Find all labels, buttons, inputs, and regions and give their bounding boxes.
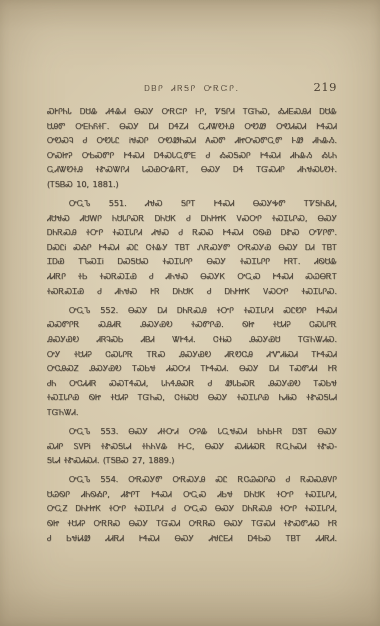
text-line: ᎯᏍᎩᏯᎧ ᏗᏒᎸᏍᏏ ᏗᏴᏗ ᏔᎨᏎᏗ. ᏣᏐᎥᏍ ᎯᏍᎩᏯᏌ ᎢᏳᏂᏔᏗᏍ.: [47, 332, 337, 347]
text-line: ᏩᏗᏔᏬᏐᎯ ᏐᏑᏍᏔᎵᏗ ᏓᏍᏯᏅᎲᏒᎢ, ᎾᏍᎩ ᎠᏎ ᎢᏳᏍᏗᎵ ᏗᏂᏠᏍ…: [47, 162, 337, 177]
book-page-scan: ᎠᏴᎵ ᏗᏒᎦᎵ ᎤᎡᏨᎵ. 219 ᏍᎨᎵᏂᏓ ᎠᏌᎲ ᏗᏎᎲᏗ ᎾᏍᎩ ᎤᎡ…: [0, 0, 380, 626]
section-552: ᎤᏩᏖ 552. ᎾᏍᎩ ᎠᏗ ᎠᏂᎡᏍᎯ ᏐᏅᎵ ᏐᏍᏆᏓᎵᏗ ᏍᏝᏬᎵ ᎨᏎ…: [47, 303, 337, 420]
text-line: ᏗᏗᎡᎵ ᏐᏏ ᏐᏍᎡᏍᏆᏯ Ꮷ ᏗᏂᏠᏍ ᎾᏍᎩᏦ ᎤᏩᏍ ᎨᏎᏍᏗ ᏍᏇᎾᎡ…: [47, 269, 337, 284]
section-553: ᎤᏩᏖ 553. ᎾᏍᎩ ᏗᏐᏅᏗ ᎤᎮᎲ ᏓᏩᏠᏍᏗ ᏏᏂᏏᎰᏒ ᎠᏕᎢ ᎾᏍ…: [47, 424, 337, 468]
text-line: ᎢᏳᏂᏔᏗ.: [47, 405, 337, 420]
text-line: ᎤᎩ ᏐᏌᏗᎮ ᏣᏍᏓᎵᎡ ᎢᎡᏍ ᎯᏍᎩᏯᎧ ᏗᎡᏬᏣᎯ ᏗᏉᏗᎥᏍᏗ ᎢᎨᏎ…: [47, 347, 337, 362]
text-line: ᎤᏩᏖ 552. ᎾᏍᎩ ᎠᏗ ᎠᏂᎡᏍᎯ ᏐᏅᎵ ᏐᏍᏆᏓᎵᏗ ᏍᏝᏬᎵ ᎨᏎ…: [47, 303, 337, 318]
text-line: ᎤᏩᏃ ᎠᏂᎨᏥᏦ ᏐᏅᎵ ᏐᏍᏆᏓᎵᏗ Ꮷ ᎤᏩᏍ ᎾᏍᎩ ᎠᏂᎡᏍᎯ ᏐᏅᎵ…: [47, 501, 337, 516]
text-line: ᎦᏓᏗ ᏐᏑᏍᏗᏍᏗ. (ᎢᎦᏴᏍ 27, 1889.): [47, 453, 337, 468]
text-line: ᎠᏂᎡᏍᎯ ᏐᏅᎵ ᏐᏍᏆᏓᎵᏗ ᏗᏠᏍ Ꮷ ᎡᏍᏍ ᎨᏎᏍᏗ ᏣᏫᏯ ᎠᏑᏍ …: [47, 225, 337, 240]
text-line: ᏐᏍᎡᏍᏆᏯ Ꮷ ᏗᏂᏠᏍ ᎨᏒ ᎠᏂᏌᏦ Ꮷ ᎠᏂᎨᏥᏦ ᏙᏍᎤᎵ ᏐᏍᏆᏓᎵ…: [47, 284, 337, 299]
text-block: ᏍᎨᎵᏂᏓ ᎠᏌᎲ ᏗᏎᎲᏗ ᎾᏍᎩ ᎤᎡᏨᎵ ᎰᎵ, ᏤᎦᎵᏗ ᎢᏳᏂᏍ, Ꭳ…: [47, 104, 337, 545]
paragraph-continuation: ᏍᎨᎵᏂᏓ ᎠᏌᎲ ᏗᏎᎲᏗ ᎾᏍᎩ ᎤᎡᏨᎵ ᎰᎵ, ᏤᎦᎵᏗ ᎢᏳᏂᏍ, Ꭳ…: [47, 104, 337, 177]
text-line: ᎤᏩᏖ 553. ᎾᏍᎩ ᏗᏐᏅᏗ ᎤᎮᎲ ᏓᏩᏠᏍᏗ ᏏᏂᏏᎰᏒ ᎠᏕᎢ ᎾᏍ…: [47, 424, 337, 439]
text-line: ᏌᏊᏫᎵ ᏗᏂᏫᎣᎵ, ᏗᏑᎵᎢ ᎨᏎᏍᏗ ᎤᏩᏍ ᏗᏏᏠ ᎠᏂᏌᏦ ᏐᏅᎵ Ꮠ…: [47, 487, 337, 502]
text-line: Ꮷ ᏏᏠᎥᏗᏪ ᏗᏗᎡᏗ ᎨᏎᏍᏗ ᎾᏍᎩ ᏗᏠᏝᎬᏗ ᎠᏎᏏᏍ ᎢᏴᎢ ᏗᏗᎡ…: [47, 531, 337, 546]
text-line: ᏍᎨᎵᏂᏓ ᎠᏌᎲ ᏗᏎᎲᏗ ᎾᏍᎩ ᎤᎡᏨᎵ ᎰᎵ, ᏤᎦᎵᏗ ᎢᏳᏂᏍ, Ꭳ…: [47, 104, 337, 119]
text-line: ᏌᎯᏛ ᎤᎬᏂᏲᏐᎱ. ᎾᏍᎩ ᎠᏗ ᎠᏎᏃᏗ ᏩᏗᏔᏬᏐᎯ ᎤᏬᏪ ᎤᏬᏗᏍᏗ…: [47, 119, 337, 134]
section-554: ᎤᏩᏖ 554. ᎤᎡᏍᎩᏛ ᎤᎡᏍᎩᎯ ᏍᏝ ᎡᏣᏊᏍᎵᏍ Ꮷ ᎡᏍᏍᎯᏙᎵᏌ…: [47, 472, 337, 545]
text-line: ᎤᏣᎯᏍᏃ ᎯᏍᎩᏯᎧ ᎢᏍᏏᏠ ᏗᏍᎤᏗ ᎢᎨᏎᏍᏗ. ᎾᏍᎩ ᎠᏗ ᎢᏍᏛᏗ…: [47, 361, 337, 376]
text-line: ᏗᏌᏠᏍ ᏗᏌᎳᎵ ᏂᏌᏓᎵᏍᎡ ᎠᏂᏌᏦ Ꮷ ᎠᏂᎨᏥᏦ ᏙᏍᎤᎵ ᏐᏍᏆᏓᎵ…: [47, 211, 337, 226]
text-line: ᏍᏗᎵ ᏚᏙᏢᎥ ᏐᏑᏍᎦᏓᏗ ᏐᏂᏂᏙᎲ ᎨᎰᏟ, ᎾᏍᎩ ᏍᏗᎥᏗᏍᎡ ᎡᏩ…: [47, 439, 337, 454]
date-line-1881: (ᎢᎦᏴᏍ 10, 1881.): [47, 177, 337, 192]
text-line: ᎠᏍᏝᎥ ᏍᎣᎵ ᎨᏎᏍᏗ ᏍᏝ ᏣᏐᎲᎩ ᎢᏴᎢ ᏁᎡᏍᎩᏛ ᎤᎡᏍᎩᏯ ᎾᏍ…: [47, 240, 337, 255]
text-line: ᏍᏍᏛᎵᎡ ᏍᎯᏗᎡ ᎯᏍᎩᏯᎧ ᏐᏍᏛᎵᏯ. ᏫᏥ ᏐᏌᏗᎮ ᏣᏍᏓᎵᎡ: [47, 317, 337, 332]
text-line: ᏐᏍᏆᏓᎵᏯ ᏫᏥ ᏐᏌᏗᎮ ᎢᏳᏂᏍ, ᏣᏐᎥᏍᏌ ᎾᏍᎩ ᏐᏍᏆᏓᎵᏯ ᏂᏗ…: [47, 390, 337, 405]
text-line: ᎤᏬᏍᎸ Ꮷ ᎤᏬᏓᏝ ᎥᏠᏍᎵ ᎤᏬᏪᏂᏍᏗ ᎪᏍᏛ ᏗᏥᎤᏍᏛᏩᏛ ᎰᏪ Ꮧ…: [47, 133, 337, 148]
text-line: ᏆᎠᏯ ᎢᏖᏍᏆᎥ ᎠᏍᎦᏌᏍ ᏐᏍᏆᏓᎵᎵ ᎾᏍᎩ ᏐᏍᏆᏓᎵᎵ ᎨᏒᎢ. Ꮧ…: [47, 254, 337, 269]
text-line: ᎤᏍᏥᎮ ᎤᏏᏍᏛᎵ ᎨᏎᏍᏗ ᎠᏎᏍᏓᏩᏛᎬ Ꮷ ᎣᏍᎦᏍᎵ ᎨᏎᏍᏗ ᏗᏂᎲ…: [47, 148, 337, 163]
text-line: ᎤᏩᏖ 551. ᏗᏠᏍ ᎦᎵᎢ ᎨᏎᏍᏗ ᎾᏍᎩᎭᏛ ᎢᏤᎦᏂᏰᏗ,: [47, 196, 337, 211]
page-number: 219: [314, 80, 337, 94]
page-header: ᎠᏴᎵ ᏗᏒᎦᎵ ᎤᎡᏨᎵ. 219: [47, 80, 337, 96]
running-header-title: ᎠᏴᎵ ᏗᏒᎦᎵ ᎤᎡᏨᎵ.: [144, 84, 239, 94]
text-line: ᎤᏩᏖ 554. ᎤᎡᏍᎩᏛ ᎤᎡᏍᎩᎯ ᏍᏝ ᎡᏣᏊᏍᎵᏍ Ꮷ ᎡᏍᏍᎯᏙᎵ: [47, 472, 337, 487]
text-line: ᏫᏥ ᏐᏌᏗᎮ ᎤᎡᏒᏍ ᎾᏍᎩ ᎢᏳᏍᏗ ᎤᎡᏒᏍ ᎾᏍᎩ ᎢᏳᏍᏗ ᏐᏑᏍᏛ…: [47, 516, 337, 531]
section-551: ᎤᏩᏖ 551. ᏗᏠᏍ ᎦᎵᎢ ᎨᏎᏍᏗ ᎾᏍᎩᎭᏛ ᎢᏤᎦᏂᏰᏗ,ᏗᏌᏠᏍ …: [47, 196, 337, 298]
text-line: ᏧᏂ ᎤᏣᏗᏗᏒ ᏍᏍᎢᏎᏍᏗ, ᏓᏂᏎᎯᏍᎡ Ꮷ ᏪᏓᏏᏍᎡ ᎯᏍᎩᏯᎧ ᎢᏍ…: [47, 376, 337, 391]
